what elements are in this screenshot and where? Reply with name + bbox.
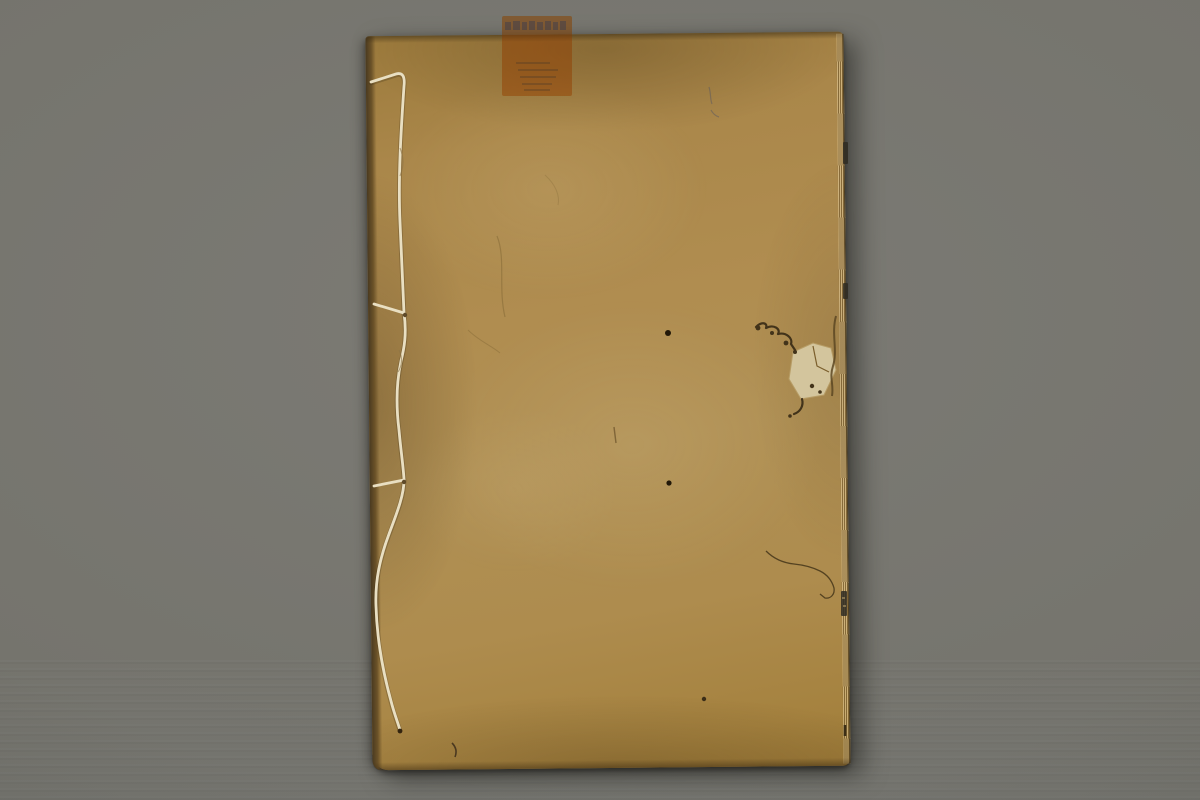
tape-text-lines (516, 62, 558, 91)
top-page-edges (365, 32, 843, 44)
tape-stamp-row (505, 21, 566, 30)
photo-scene (0, 0, 1200, 800)
bottom-page-edges (372, 758, 850, 771)
fore-page-edges (836, 34, 850, 764)
archival-tape (502, 16, 572, 96)
book-cover (365, 32, 850, 771)
tape-marks (502, 16, 572, 96)
cover-stain-mottling (365, 32, 850, 771)
spine-shadow-edge (365, 36, 382, 770)
